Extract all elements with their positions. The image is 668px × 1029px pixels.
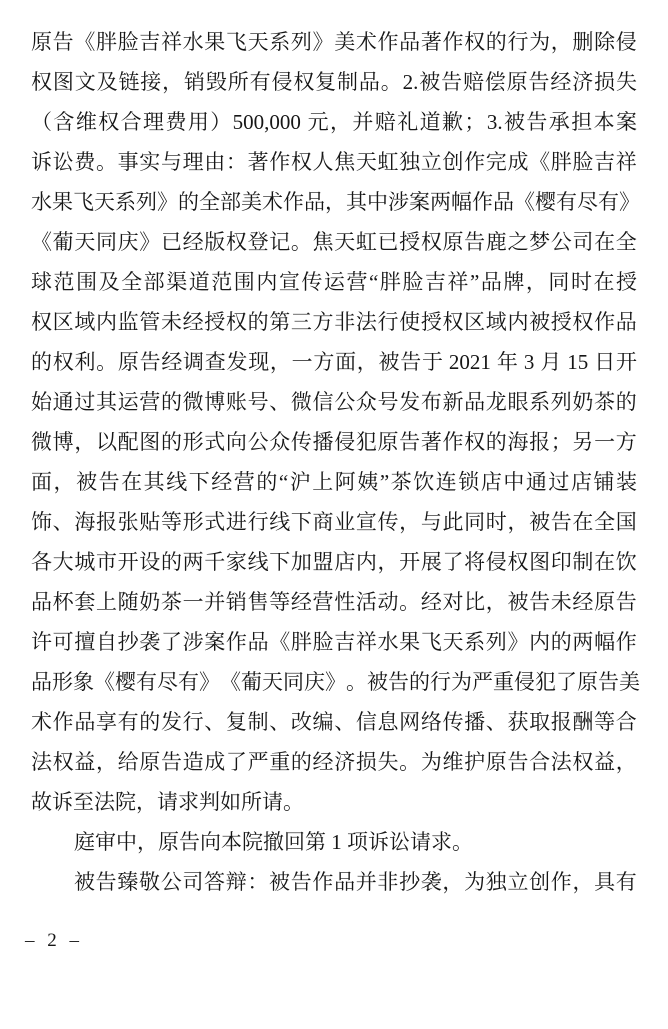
body-line: 饰、海报张贴等形式进行线下商业宣传，与此同时，被告在全国 — [31, 502, 637, 542]
body-line: 各大城市开设的两千家线下加盟店内，开展了将侵权图印制在饮 — [31, 542, 637, 582]
body-line: 《葡天同庆》已经版权登记。焦天虹已授权原告鹿之梦公司在全 — [31, 222, 637, 262]
body-line: 面，被告在其线下经营的“沪上阿姨”茶饮连锁店中通过店铺装 — [31, 462, 637, 502]
body-line: 权区域内监管未经授权的第三方非法行使授权区域内被授权作品 — [31, 302, 637, 342]
body-line: （含维权合理费用）500,000 元，并赔礼道歉；3.被告承担本案 — [31, 102, 637, 142]
body-line: 术作品享有的发行、复制、改编、信息网络传播、获取报酬等合 — [31, 702, 637, 742]
body-line: 法权益，给原告造成了严重的经济损失。为维护原告合法权益， — [31, 742, 637, 782]
body-line: 被告臻敬公司答辩：被告作品并非抄袭，为独立创作，具有 — [31, 862, 637, 902]
body-line: 权图文及链接，销毁所有侵权复制品。2.被告赔偿原告经济损失 — [31, 62, 637, 102]
body-line: 微博，以配图的形式向公众传播侵犯原告著作权的海报；另一方 — [31, 422, 637, 462]
body-line: 庭审中，原告向本院撤回第 1 项诉讼请求。 — [31, 822, 637, 862]
body-line: 始通过其运营的微博账号、微信公众号发布新品龙眼系列奶茶的 — [31, 382, 637, 422]
body-line: 品杯套上随奶茶一并销售等经营性活动。经对比，被告未经原告 — [31, 582, 637, 622]
body-text: 原告《胖脸吉祥水果飞天系列》美术作品著作权的行为，删除侵 权图文及链接，销毁所有… — [31, 22, 637, 902]
document-page: 原告《胖脸吉祥水果飞天系列》美术作品著作权的行为，删除侵 权图文及链接，销毁所有… — [0, 0, 668, 1029]
body-line: 球范围及全部渠道范围内宣传运营“胖脸吉祥”品牌，同时在授 — [31, 262, 637, 302]
page-number: – 2 – — [25, 930, 80, 952]
body-line: 许可擅自抄袭了涉案作品《胖脸吉祥水果飞天系列》内的两幅作 — [31, 622, 637, 662]
body-line: 的权利。原告经调查发现，一方面，被告于 2021 年 3 月 15 日开 — [31, 342, 637, 382]
body-line: 品形象《樱有尽有》《葡天同庆》。被告的行为严重侵犯了原告美 — [31, 662, 637, 702]
body-line: 原告《胖脸吉祥水果飞天系列》美术作品著作权的行为，删除侵 — [31, 22, 637, 62]
body-line: 诉讼费。事实与理由：著作权人焦天虹独立创作完成《胖脸吉祥 — [31, 142, 637, 182]
body-line: 水果飞天系列》的全部美术作品，其中涉案两幅作品《樱有尽有》 — [31, 182, 637, 222]
body-line: 故诉至法院，请求判如所请。 — [31, 782, 637, 822]
